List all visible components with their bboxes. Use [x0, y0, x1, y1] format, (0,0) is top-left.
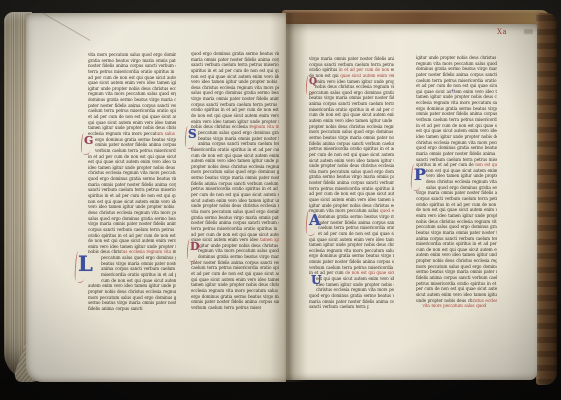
left-page-column-2: quod ergo dominus gratia sermo beatus vi… — [191, 51, 279, 310]
manuscript-photo: Xa vita mors peccatum salus quod ergo do… — [0, 0, 561, 400]
text-line: vita mors peccatum salus quod ergo domin… — [422, 303, 487, 309]
illuminated-initial-Q: Q — [309, 78, 317, 87]
illuminated-initial-L: L — [78, 254, 93, 274]
running-header: Xa — [497, 28, 507, 36]
leather-cover-right-edge — [536, 13, 557, 385]
text-line: verbum caelum terra petrus misericordia … — [191, 305, 261, 311]
right-page-column-1: virgo maria omnis pater noster fidelis a… — [309, 56, 394, 310]
left-page-column-1: vita mors peccatum salus quod ergo domin… — [88, 52, 176, 311]
illuminated-initial-U: U — [311, 275, 321, 286]
text-line: fidelis anima corpus sancti verbum caelu… — [88, 306, 143, 312]
illuminated-initial-S: S — [188, 129, 197, 140]
text-line: sancti verbum caelum terra petrus miseri… — [309, 304, 369, 310]
illuminated-initial-A: A — [309, 213, 321, 227]
illuminated-initial-G: G — [84, 136, 93, 146]
folio-number-faint-mark — [524, 29, 533, 34]
illuminated-initial-D: D — [190, 242, 200, 252]
right-page-column-2: igitur unde propter nobis deus christus … — [416, 55, 497, 309]
illuminated-initial-P: P — [414, 167, 426, 182]
